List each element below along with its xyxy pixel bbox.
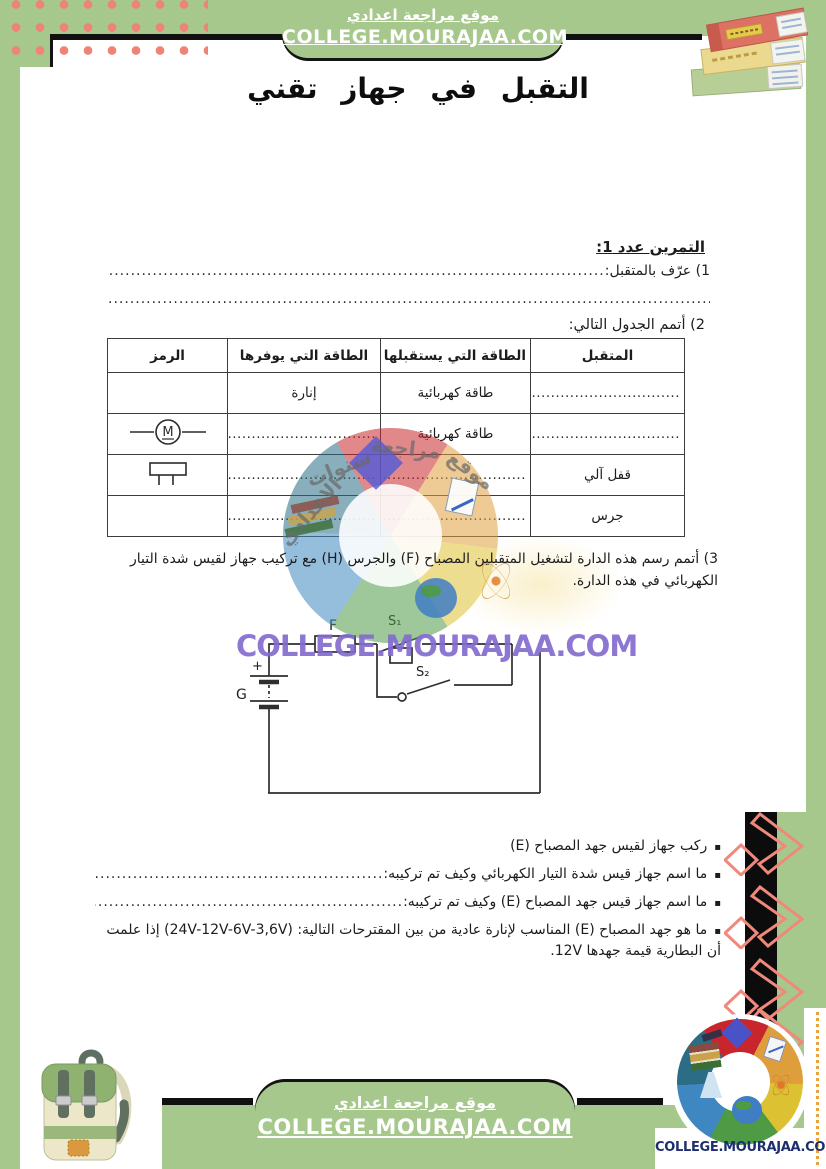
cell-provided-3: ........................................… <box>228 455 381 496</box>
question-3-text: 3) أتمم رسم هذه الدارة لتشغيل المتقبلين … <box>100 549 718 592</box>
question-1-label: 1) عرّف بالمتقبل: <box>605 263 710 279</box>
bullet-item: ▪ ما اسم جهاز قيس جهد المصباح (E) وكيف ت… <box>95 892 721 913</box>
bullet-icon: ▪ <box>714 896 721 911</box>
bottom-banner: موقع مراجعة اعدادي COLLEGE.MOURAJAA.COM <box>255 1082 575 1169</box>
bullet-icon: ▪ <box>714 842 721 853</box>
cell-symbol-2: M <box>108 414 228 455</box>
logo-caption: COLLEGE.MOURAJAA.COM <box>655 1140 826 1155</box>
bullet-text: ركب جهاز لقيس جهد المصباح (E) <box>510 838 707 854</box>
cell-receiver-1: ........................................… <box>531 373 685 414</box>
bullet-icon: ▪ <box>714 926 721 937</box>
table-row: ........................................… <box>108 373 685 414</box>
table-row: قفل آلي ................................… <box>108 455 685 496</box>
top-banner: موقع مراجعة اعدادي COLLEGE.MOURAJAA.COM <box>282 0 564 58</box>
cell-received-4: ........................................… <box>381 496 531 537</box>
switch2-label: S₂ <box>416 665 429 680</box>
cell-provided-1: إنارة <box>228 373 381 414</box>
top-banner-arabic: موقع مراجعة اعدادي <box>282 5 564 26</box>
col-header-energy-received: الطاقة التي يستقبلها <box>381 339 531 373</box>
books-icon <box>688 1042 721 1071</box>
table-row: جرس ....................................… <box>108 496 685 537</box>
cell-receiver-4: جرس <box>531 496 685 537</box>
bottom-banner-arabic: موقع مراجعة اعدادي <box>255 1091 575 1115</box>
top-shadow-line-left <box>50 34 284 40</box>
top-shadow-line-right <box>566 34 702 40</box>
page-title: التقبل في جهاز تقني <box>228 72 608 105</box>
bullet-item: ▪ما هو جهد المصباح (E) المناسب لإنارة عا… <box>95 920 721 962</box>
cell-received-1: طاقة كهربائية <box>381 373 531 414</box>
bottom-shadow-line-right <box>577 1098 663 1105</box>
cell-received-2: طاقة كهربائية <box>381 414 531 455</box>
cell-provided-4: ........................................… <box>228 496 381 537</box>
question-1-dots: ........................................… <box>108 263 605 279</box>
question-2-label: 2) أتمم الجدول التالي: <box>569 317 705 333</box>
polka-dots-pattern <box>0 0 208 60</box>
question-1-dots-line2: ........................................… <box>108 291 710 307</box>
battery-label: G <box>236 687 247 703</box>
chevron-arrow-icon <box>724 812 806 876</box>
bullet-item: ▪ركب جهاز لقيس جهد المصباح (E) <box>95 836 721 857</box>
globe-icon <box>732 1096 762 1124</box>
cell-symbol-3 <box>108 455 228 496</box>
site-url-watermark: COLLEGE.MOURAJAA.COM <box>236 629 598 663</box>
backpack-illustration <box>36 1046 140 1166</box>
bullet-questions: ▪ركب جهاز لقيس جهد المصباح (E) ▪ ما اسم … <box>95 836 721 969</box>
table-header-row: المتقبل الطاقة التي يستقبلها الطاقة التي… <box>108 339 685 373</box>
col-header-energy-provided: الطاقة التي يوفرها <box>228 339 381 373</box>
bullet-dots: ........................................… <box>95 892 403 913</box>
cell-received-3: ........................................… <box>381 455 531 496</box>
top-banner-url: COLLEGE.MOURAJAA.COM <box>282 26 564 48</box>
cell-symbol-1 <box>108 373 228 414</box>
table-row: ........................................… <box>108 414 685 455</box>
books-stack-illustration <box>688 4 822 106</box>
svg-text:M: M <box>162 425 173 440</box>
bullet-text: ما اسم جهاز قيس شدة التيار الكهربائي وكي… <box>383 864 707 885</box>
col-header-symbol: الرمز <box>108 339 228 373</box>
worksheet-page: موقع مراجعة اعدادي COLLEGE.MOURAJAA.COM <box>0 0 826 1169</box>
bottom-banner-url: COLLEGE.MOURAJAA.COM <box>255 1115 575 1139</box>
atom-icon <box>768 1072 794 1098</box>
cell-provided-2: ........................................… <box>228 414 381 455</box>
bullet-text: ما اسم جهاز قيس جهد المصباح (E) وكيف تم … <box>403 892 707 913</box>
bullet-dots: ........................................… <box>95 864 383 885</box>
bullet-item: ▪ ما اسم جهاز قيس شدة التيار الكهربائي و… <box>95 864 721 885</box>
left-green-border <box>0 0 20 1169</box>
bullet-text: ما هو جهد المصباح (E) المناسب لإنارة عاد… <box>106 922 721 959</box>
question-1: 1) عرّف بالمتقبل: ......................… <box>108 263 710 279</box>
chevron-arrow-icon <box>724 885 806 949</box>
exercise-heading: التمرين عدد 1: <box>596 238 705 256</box>
col-header-receiver: المتقبل <box>531 339 685 373</box>
cell-receiver-3: قفل آلي <box>531 455 685 496</box>
switch1-label: S₁ <box>388 614 401 629</box>
cell-receiver-2: ........................................… <box>531 414 685 455</box>
cell-symbol-4 <box>108 496 228 537</box>
lock-symbol-icon <box>138 458 198 488</box>
motor-symbol-icon: M <box>126 417 210 447</box>
receivers-table: المتقبل الطاقة التي يستقبلها الطاقة التي… <box>107 338 685 537</box>
bullet-icon: ▪ <box>714 868 721 883</box>
